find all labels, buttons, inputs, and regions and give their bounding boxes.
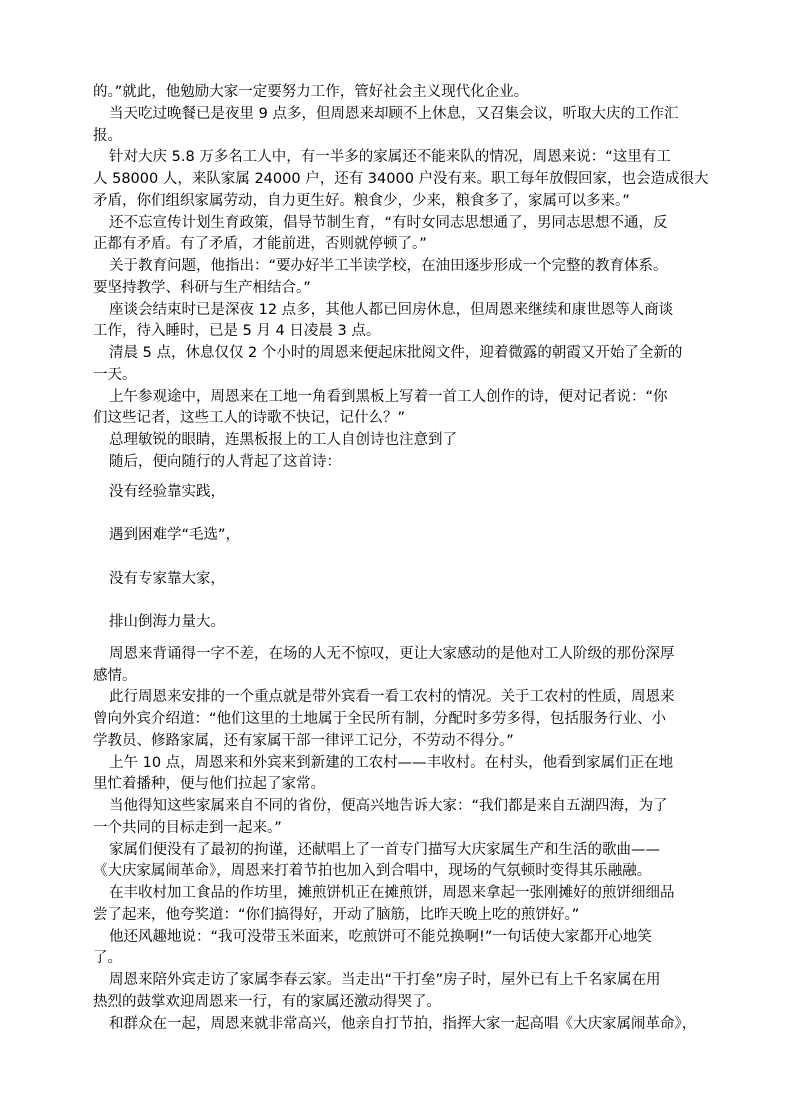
document-page: 的。”就此，他勉励大家一定要努力工作，管好社会主义现代化企业。当天吃过晚餐已是夜…: [0, 0, 800, 1100]
text-line: 家属们便没有了最初的拘谨，还献唱上了一首专门描写大庆家属生产和生活的歌曲——: [93, 840, 800, 862]
text-line: 一个共同的目标走到一起来。”: [93, 818, 800, 840]
text-line: 周恩来陪外宾走访了家属李春云家。当走出“干打垒”房子时，屋外已有上千名家属在用: [93, 970, 800, 992]
blank-line: [93, 590, 800, 612]
blank-line: [93, 503, 800, 525]
text-line: 感情。: [93, 666, 800, 688]
text-line: 正都有矛盾。有了矛盾，才能前进，否则就停顿了。”: [93, 234, 800, 256]
text-line: 针对大庆 5.8 万多名工人中，有一半多的家属还不能来队的情况，周恩来说：“这里…: [93, 147, 800, 169]
text-line: 当他得知这些家属来自不同的省份，便高兴地告诉大家：“我们都是来自五湖四海，为了: [93, 796, 800, 818]
poem-spacer: [93, 634, 800, 644]
text-line: 《大庆家属闹革命》，周恩来打着节拍也加入到合唱中，现场的气氛顿时变得其乐融融。: [93, 861, 800, 883]
text-line: 了。: [93, 948, 800, 970]
text-line: 上午 10 点，周恩来和外宾来到新建的工农村——丰收村。在村头，他看到家属们正在…: [93, 753, 800, 775]
text-line: 工作，待入睡时，已是 5 月 4 日凌晨 3 点。: [93, 321, 800, 343]
text-line: 要坚持教学、科研与生产相结合。”: [93, 278, 800, 300]
text-line: 曾向外宾介绍道：“他们这里的土地属于全民所有制，分配时多劳多得，包括服务行业、小: [93, 709, 800, 731]
blank-line: [93, 547, 800, 569]
text-line: 当天吃过晚餐已是夜里 9 点多，但周恩来却顾不上休息，又召集会议，听取大庆的工作…: [93, 104, 800, 126]
poem-spacer: [93, 474, 800, 482]
text-line: 他还风趣地说：“我可没带玉米面来，吃煎饼可不能兑换啊!”一句话使大家都开心地笑: [93, 927, 800, 949]
text-line: 座谈会结束时已是深夜 12 点多，其他人都已回房休息，但周恩来继续和康世恩等人商…: [93, 300, 800, 322]
text-line: 们这些记者，这些工人的诗歌不快记，记什么？”: [93, 408, 800, 430]
text-line: 热烈的鼓掌欢迎周恩来一行，有的家属还激动得哭了。: [93, 992, 800, 1014]
text-line: 清晨 5 点，休息仅仅 2 个小时的周恩来便起床批阅文件，迎着微露的朝霞又开始了…: [93, 343, 800, 365]
text-line: 上午参观途中，周恩来在工地一角看到黑板上写着一首工人创作的诗，便对记者说：“你: [93, 387, 800, 409]
text-line: 周恩来背诵得一字不差，在场的人无不惊叹，更让大家感动的是他对工人阶级的那份深厚: [93, 644, 800, 666]
text-line: 矛盾，你们组织家属劳动，自力更生好。粮食少，少来，粮食多了，家属可以多来。”: [93, 191, 800, 213]
text-line: 排山倒海力量大。: [93, 612, 800, 634]
text-line: 遇到困难学“毛选”，: [93, 525, 800, 547]
text-line: 学教员、修路家属，还有家属干部一律评工记分，不劳动不得分。”: [93, 731, 800, 753]
text-line: 和群众在一起，周恩来就非常高兴，他亲自打节拍，指挥大家一起高唱《大庆家属闹革命》…: [93, 1014, 800, 1036]
text-line: 尝了起来，他夸奖道：“你们搞得好，开动了脑筋，比昨天晚上吃的煎饼好。”: [93, 905, 800, 927]
text-line: 总理敏锐的眼睛，连黑板报上的工人自创诗也注意到了: [93, 430, 800, 452]
text-line: 还不忘宣传计划生育政策，倡导节制生育，“有时女同志思想通了，男同志思想不通，反: [93, 213, 800, 235]
text-line: 一天。: [93, 365, 800, 387]
document-body: 的。”就此，他勉励大家一定要努力工作，管好社会主义现代化企业。当天吃过晚餐已是夜…: [93, 82, 800, 1035]
text-line: 此行周恩来安排的一个重点就是带外宾看一看工农村的情况。关于工农村的性质，周恩来: [93, 687, 800, 709]
text-line: 随后，便向随行的人背起了这首诗：: [93, 452, 800, 474]
text-line: 报。: [93, 126, 800, 148]
text-line: 关于教育问题，他指出：“要办好半工半读学校，在油田逐步形成一个完整的教育体系。: [93, 256, 800, 278]
text-line: 没有经验靠实践，: [93, 482, 800, 504]
text-line: 人 58000 人，来队家属 24000 户，还有 34000 户没有来。职工每…: [93, 169, 800, 191]
text-line: 没有专家靠大家，: [93, 569, 800, 591]
text-line: 里忙着播种，便与他们拉起了家常。: [93, 774, 800, 796]
text-line: 的。”就此，他勉励大家一定要努力工作，管好社会主义现代化企业。: [93, 82, 800, 104]
text-line: 在丰收村加工食品的作坊里，摊煎饼机正在摊煎饼，周恩来拿起一张刚摊好的煎饼细细品: [93, 883, 800, 905]
